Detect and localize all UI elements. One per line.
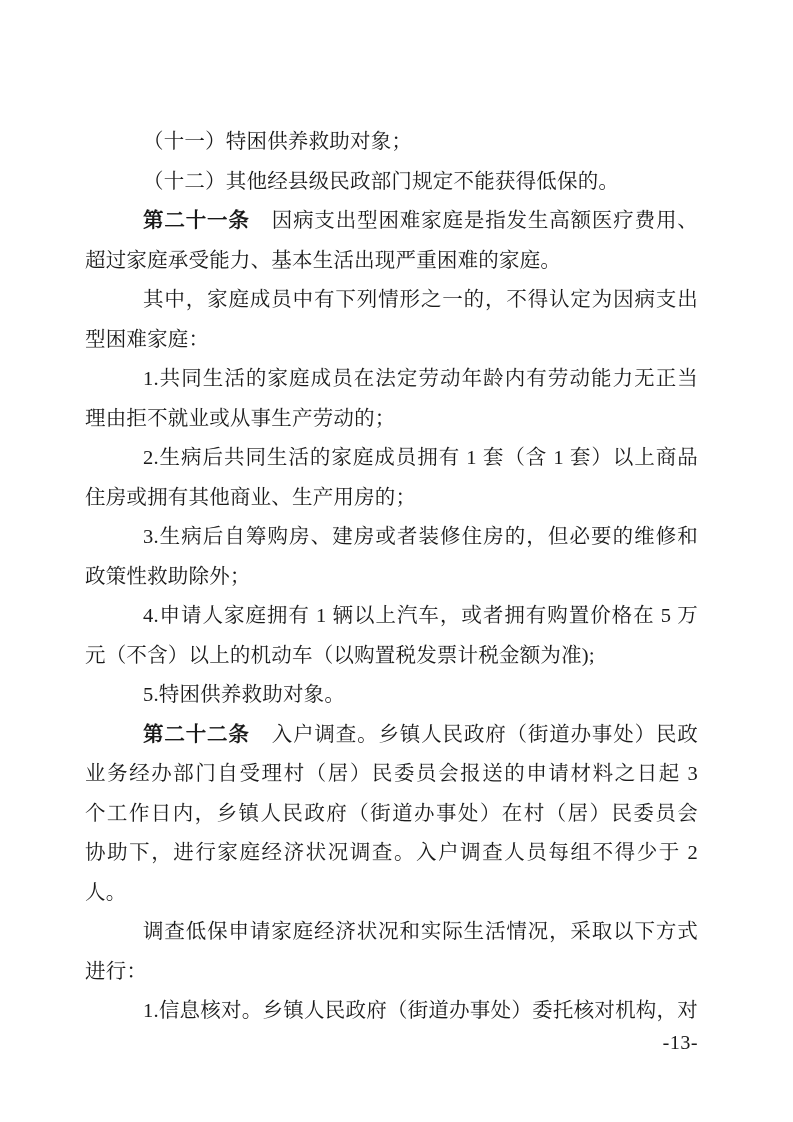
paragraph: 调查低保申请家庭经济状况和实际生活情况，采取以下方式 进行： bbox=[85, 913, 698, 992]
text-line: 第二十二条入户调查。乡镇人民政府（街道办事处）民政 bbox=[85, 716, 698, 756]
line-text: 因病支出型困难家庭是指发生高额医疗费用、 bbox=[272, 210, 698, 232]
text-line: 调查低保申请家庭经济状况和实际生活情况，采取以下方式 bbox=[85, 913, 698, 953]
paragraph: 1.信息核对。乡镇人民政府（街道办事处）委托核对机构，对 bbox=[85, 992, 698, 1032]
paragraph: 第二十一条因病支出型困难家庭是指发生高额医疗费用、 超过家庭承受能力、基本生活出… bbox=[85, 202, 698, 281]
text-line: 4.申请人家庭拥有 1 辆以上汽车，或者拥有购置价格在 5 万 bbox=[85, 597, 698, 637]
paragraph: 4.申请人家庭拥有 1 辆以上汽车，或者拥有购置价格在 5 万 元（不含）以上的… bbox=[85, 597, 698, 676]
paragraph: 2.生病后共同生活的家庭成员拥有 1 套（含 1 套）以上商品 住房或拥有其他商… bbox=[85, 439, 698, 518]
article-21-heading: 第二十一条 bbox=[143, 210, 250, 232]
document-page: （十一）特困供养救助对象； （十二）其他经县级民政部门规定不能获得低保的。 第二… bbox=[0, 0, 793, 1122]
text-line: 3.生病后自筹购房、建房或者装修住房的，但必要的维修和 bbox=[85, 518, 698, 558]
text-line: 1.共同生活的家庭成员在法定劳动年龄内有劳动能力无正当 bbox=[85, 360, 698, 400]
paragraph: 3.生病后自筹购房、建房或者装修住房的，但必要的维修和 政策性救助除外； bbox=[85, 518, 698, 597]
text-line: （十二）其他经县级民政部门规定不能获得低保的。 bbox=[85, 163, 698, 203]
text-line: 政策性救助除外； bbox=[85, 558, 698, 598]
text-line: 元（不含）以上的机动车（以购置税发票计税金额为准); bbox=[85, 637, 698, 677]
paragraph: 5.特困供养救助对象。 bbox=[85, 676, 698, 716]
text-line: 5.特困供养救助对象。 bbox=[85, 676, 698, 716]
line-text: 入户调查。乡镇人民政府（街道办事处）民政 bbox=[272, 724, 698, 746]
text-line: （十一）特困供养救助对象； bbox=[85, 123, 698, 163]
text-line: 住房或拥有其他商业、生产用房的； bbox=[85, 479, 698, 519]
paragraph: （十一）特困供养救助对象； bbox=[85, 123, 698, 163]
page-number: -13- bbox=[85, 1033, 698, 1053]
paragraph: 1.共同生活的家庭成员在法定劳动年龄内有劳动能力无正当 理由拒不就业或从事生产劳… bbox=[85, 360, 698, 439]
text-line: 第二十一条因病支出型困难家庭是指发生高额医疗费用、 bbox=[85, 202, 698, 242]
text-line: 型困难家庭： bbox=[85, 321, 698, 361]
text-line: 超过家庭承受能力、基本生活出现严重困难的家庭。 bbox=[85, 242, 698, 282]
text-line: 协助下，进行家庭经济状况调查。入户调查人员每组不得少于 2 bbox=[85, 834, 698, 874]
document-body: （十一）特困供养救助对象； （十二）其他经县级民政部门规定不能获得低保的。 第二… bbox=[85, 123, 698, 1032]
text-line: 业务经办部门自受理村（居）民委员会报送的申请材料之日起 3 bbox=[85, 755, 698, 795]
text-line: 理由拒不就业或从事生产劳动的； bbox=[85, 400, 698, 440]
text-line: 进行： bbox=[85, 953, 698, 993]
paragraph: （十二）其他经县级民政部门规定不能获得低保的。 bbox=[85, 163, 698, 203]
text-line: 个工作日内，乡镇人民政府（街道办事处）在村（居）民委员会 bbox=[85, 795, 698, 835]
text-line: 人。 bbox=[85, 874, 698, 914]
paragraph: 其中，家庭成员中有下列情形之一的，不得认定为因病支出 型困难家庭： bbox=[85, 281, 698, 360]
text-line: 其中，家庭成员中有下列情形之一的，不得认定为因病支出 bbox=[85, 281, 698, 321]
text-line: 2.生病后共同生活的家庭成员拥有 1 套（含 1 套）以上商品 bbox=[85, 439, 698, 479]
article-22-heading: 第二十二条 bbox=[143, 724, 250, 746]
paragraph: 第二十二条入户调查。乡镇人民政府（街道办事处）民政 业务经办部门自受理村（居）民… bbox=[85, 716, 698, 914]
text-line: 1.信息核对。乡镇人民政府（街道办事处）委托核对机构，对 bbox=[85, 992, 698, 1032]
